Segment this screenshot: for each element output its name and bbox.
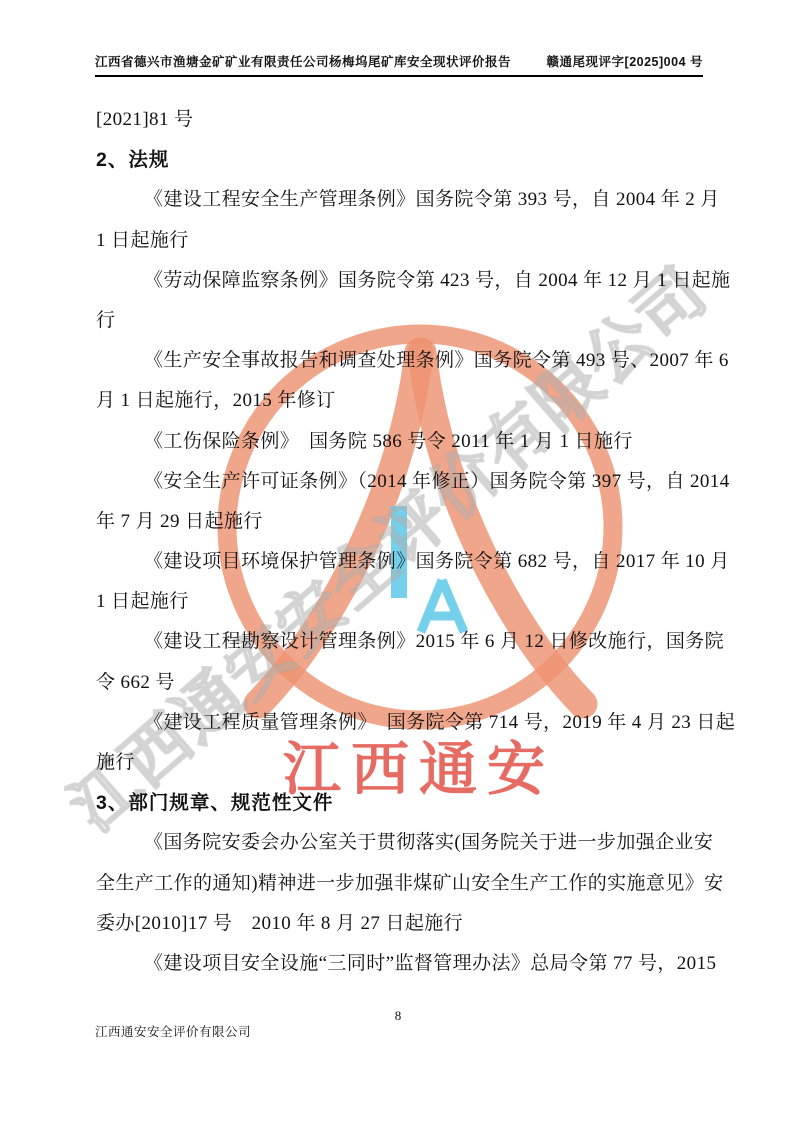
header-document-number: 赣通尾现评字[2025]004 号	[547, 52, 703, 70]
section-heading: 3、部门规章、规范性文件	[96, 783, 708, 823]
body-line: [2021]81 号	[96, 100, 708, 140]
body-line: 《建设项目安全设施“三同时”监督管理办法》总局令第 77 号，2015	[96, 944, 708, 984]
body-line: 《安全生产许可证条例》（2014 年修正）国务院令第 397 号，自 2014	[96, 462, 708, 502]
body-line: 《工伤保险条例》 国务院 586 号令 2011 年 1 月 1 日施行	[96, 422, 708, 462]
body-line: 《建设项目环境保护管理条例》国务院令第 682 号，自 2017 年 10 月	[96, 542, 708, 582]
section-heading: 2、法规	[96, 140, 708, 180]
body-line: 月 1 日起施行，2015 年修订	[96, 381, 708, 421]
body-line: 委办[2010]17 号 2010 年 8 月 27 日起施行	[96, 904, 708, 944]
body-line: 《国务院安委会办公室关于贯彻落实(国务院关于进一步加强企业安	[96, 823, 708, 863]
body-line: 《建设工程安全生产管理条例》国务院令第 393 号，自 2004 年 2 月	[96, 180, 708, 220]
body-line: 年 7 月 29 日起施行	[96, 502, 708, 542]
header-report-title: 江西省德兴市渔塘金矿矿业有限责任公司杨梅坞尾矿库安全现状评价报告	[95, 52, 511, 70]
body-line: 行	[96, 301, 708, 341]
document-page: 江西通安安全评价有限公司 江西通安 江西省德兴市渔塘金矿矿业有限责任公司杨梅坞尾…	[0, 0, 793, 1122]
body-line: 1 日起施行	[96, 582, 708, 622]
footer-company-name: 江西通安安全评价有限公司	[95, 1022, 251, 1040]
body-line: 1 日起施行	[96, 221, 708, 261]
body-line: 令 662 号	[96, 663, 708, 703]
body-line: 《生产安全事故报告和调查处理条例》国务院令第 493 号、2007 年 6	[96, 341, 708, 381]
body-line: 《建设工程勘察设计管理条例》2015 年 6 月 12 日修改施行，国务院	[96, 622, 708, 662]
document-body: [2021]81 号2、法规《建设工程安全生产管理条例》国务院令第 393 号，…	[96, 100, 708, 984]
body-line: 《劳动保障监察条例》国务院令第 423 号，自 2004 年 12 月 1 日起…	[96, 261, 708, 301]
body-line: 施行	[96, 743, 708, 783]
body-line: 全生产工作的通知)精神进一步加强非煤矿山安全生产工作的实施意见》安	[96, 864, 708, 904]
body-line: 《建设工程质量管理条例》 国务院令第 714 号，2019 年 4 月 23 日…	[96, 703, 708, 743]
page-header: 江西省德兴市渔塘金矿矿业有限责任公司杨梅坞尾矿库安全现状评价报告 赣通尾现评字[…	[95, 52, 703, 77]
